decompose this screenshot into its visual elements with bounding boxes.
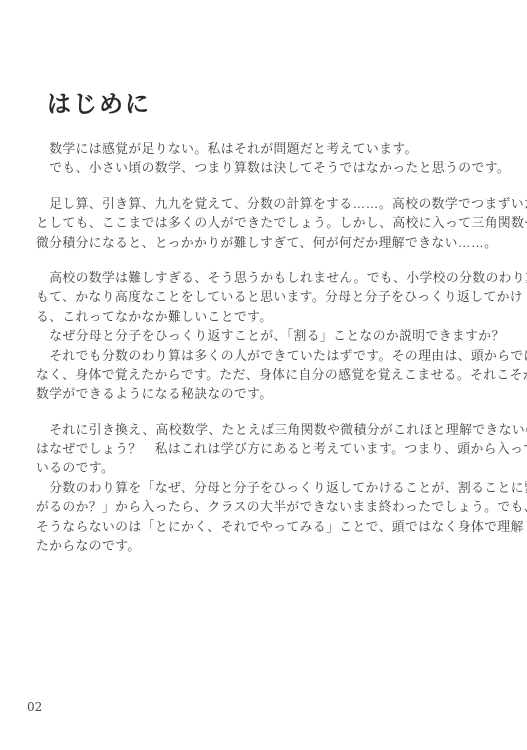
text-line: としても、ここまでは多くの人ができたでしょう。しかし、高校に入って三角関数や [36, 213, 506, 232]
text-line: でも、小さい頃の数学、つまり算数は決してそうではなかったと思うのです。 [36, 158, 506, 177]
paragraph-block: 足し算、引き算、九九を覚えて、分数の計算をする……。高校の数学でつまずいたとして… [36, 194, 506, 252]
text-line: なぜ分母と分子をひっくり返すことが、「割る」ことなのか説明できますか？ [36, 326, 506, 345]
paragraph-block: それに引き換え、高校数学、たとえば三角関数や微積分がこれほと理解できないのはなぜ… [36, 420, 506, 556]
text-line: それに引き換え、高校数学、たとえば三角関数や微積分がこれほと理解できないの [36, 420, 506, 439]
text-line: それでも分数のわり算は多くの人ができていたはずです。その理由は、頭からでは [36, 346, 506, 365]
text-line: もて、かなり高度なことをしていると思います。分母と分子をひっくり返してかけ [36, 287, 506, 306]
body-text: 数学には感覚が足りない。私はそれが問題だと考えています。 でも、小さい頃の数学、… [36, 139, 506, 571]
text-line: 数学ができるようになる秘訣なのです。 [36, 384, 506, 403]
text-line: はなぜでしょう？ 私はこれは学び方にあると考えています。つまり、頭から入って [36, 439, 506, 458]
paragraph-block: 高校の数学は難しすぎる、そう思うかもしれません。でも、小学校の分数のわり算もて、… [36, 268, 506, 404]
page-number: 02 [27, 700, 42, 714]
book-page: はじめに 数学には感覚が足りない。私はそれが問題だと考えています。 でも、小さい… [0, 0, 527, 750]
text-line: なく、身体で覚えたからです。ただ、身体に自分の感覚を覚えこませる。それこそが [36, 365, 506, 384]
text-line: 分数のわり算を「なぜ、分母と分子をひっくり返してかけることが、割ることに繋 [36, 478, 506, 497]
text-line: 足し算、引き算、九九を覚えて、分数の計算をする……。高校の数学でつまずいた [36, 194, 506, 213]
text-line: がるのか？」から入ったら、クラスの大半ができないまま終わったでしょう。でも、 [36, 497, 506, 516]
paragraph-block: 数学には感覚が足りない。私はそれが問題だと考えています。 でも、小さい頃の数学、… [36, 139, 506, 178]
text-line: そうならないのは「とにかく、それでやってみる」ことで、頭ではなく身体で理解し [36, 517, 506, 536]
text-line: 数学には感覚が足りない。私はそれが問題だと考えています。 [36, 139, 506, 158]
text-line: たからなのです。 [36, 536, 506, 555]
text-line: る、これってなかなか難しいことです。 [36, 307, 506, 326]
page-title: はじめに [47, 84, 151, 119]
text-line: 高校の数学は難しすぎる、そう思うかもしれません。でも、小学校の分数のわり算 [36, 268, 506, 287]
text-line: いるのです。 [36, 458, 506, 477]
text-line: 微分積分になると、とっかかりが難しすぎて、何が何だか理解できない……。 [36, 233, 506, 252]
